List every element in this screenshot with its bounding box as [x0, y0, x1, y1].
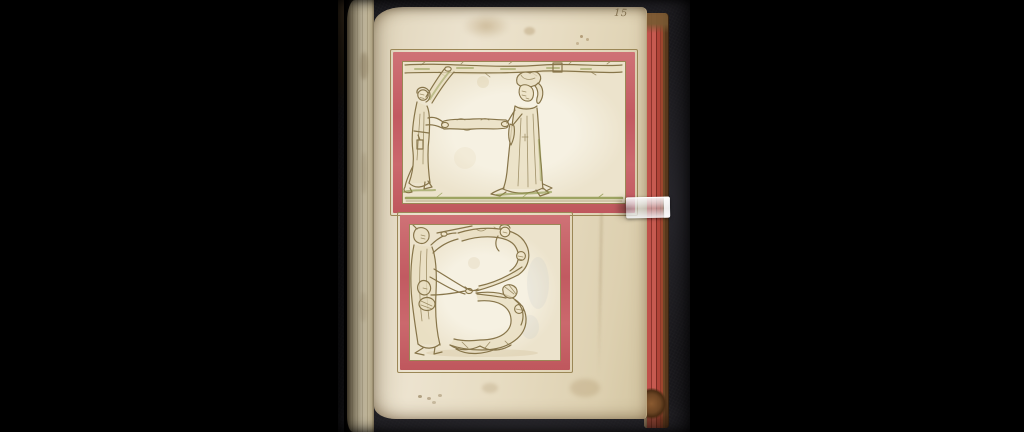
parchment-stain [524, 27, 535, 35]
folio-number: 15 [614, 8, 628, 19]
panel-letter-b [397, 212, 573, 373]
page-weight-strip[interactable] [626, 197, 670, 219]
branch-bar [405, 62, 622, 77]
parchment-stain [462, 13, 510, 39]
red-frame [400, 215, 570, 370]
parchment-stain [570, 379, 600, 397]
figure-left [404, 67, 454, 193]
photograph-area: 15 [338, 0, 690, 432]
parchment-stain [580, 35, 583, 38]
panel-interior [409, 224, 561, 361]
panel-interior [402, 61, 626, 204]
ink-bleedthrough [361, 152, 367, 194]
crossbar [442, 119, 509, 131]
panel-letter-a [390, 49, 638, 216]
red-frame [393, 52, 635, 213]
lower-bowl-figures [450, 285, 526, 354]
ink-bleedthrough [360, 52, 368, 80]
facing-page-edge [347, 0, 374, 432]
ink-bleedthrough [360, 292, 367, 322]
upper-bowl-figures [458, 225, 529, 291]
figure-crouching [418, 281, 465, 311]
figure-right [491, 72, 552, 196]
parchment-stain [482, 383, 498, 393]
black-backdrop: 15 [0, 0, 1024, 432]
fore-edge-pages [644, 13, 669, 428]
manuscript-page: 15 [374, 7, 647, 419]
parchment-stain [418, 395, 422, 398]
letter-a-drawing [403, 62, 625, 203]
letter-b-drawing [410, 225, 560, 360]
